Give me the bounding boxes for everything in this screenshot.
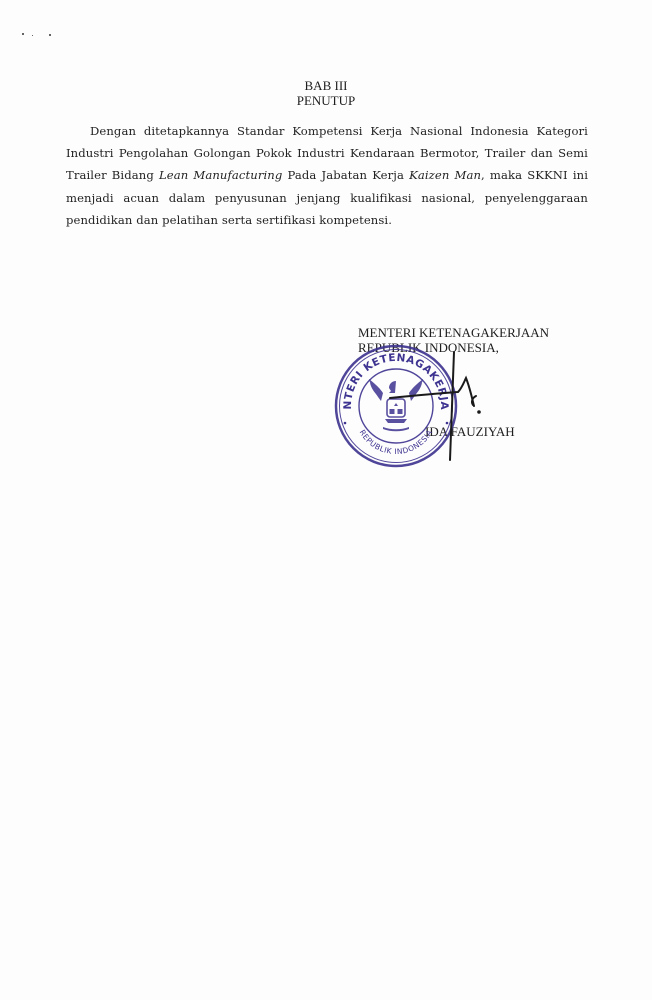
section-heading: BAB III PENUTUP xyxy=(0,78,652,108)
paragraph-text: Pada Jabatan Kerja xyxy=(282,168,409,182)
signatory-office: MENTERI KETENAGAKERJAAN xyxy=(358,325,549,340)
italic-term-kaizen-man: Kaizen Man xyxy=(409,168,481,182)
closing-paragraph: Dengan ditetapkannya Standar Kompetensi … xyxy=(66,120,588,231)
handwritten-signature xyxy=(380,348,500,468)
chapter-number: BAB III xyxy=(0,78,652,93)
italic-term-lean-manufacturing: Lean Manufacturing xyxy=(159,168,282,182)
chapter-title: PENUTUP xyxy=(0,93,652,108)
